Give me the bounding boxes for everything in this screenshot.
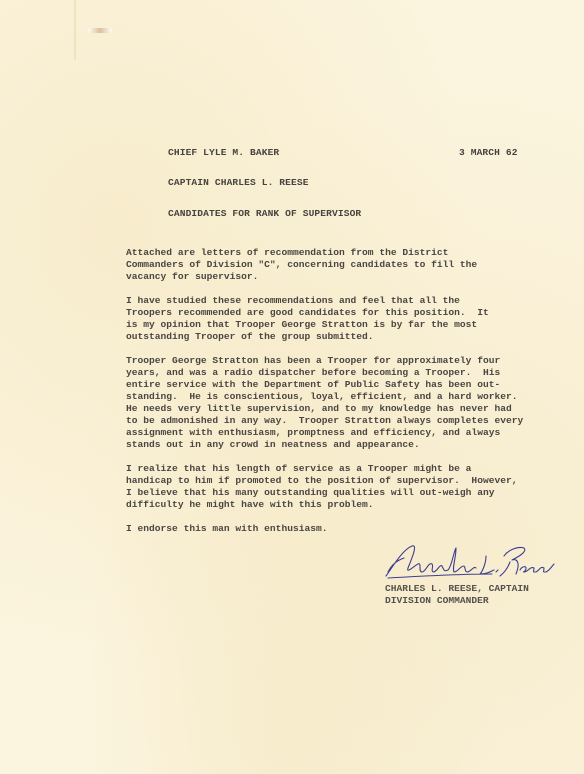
- text-line: I have studied these recommendations and…: [126, 295, 566, 307]
- handwritten-signature: [382, 538, 562, 584]
- memo-from: CAPTAIN CHARLES L. REESE: [168, 177, 309, 189]
- text-line: He needs very little supervision, and to…: [126, 403, 566, 415]
- text-line: to be admonished in any way. Trooper Str…: [126, 415, 566, 427]
- text-line: Commanders of Division "C", concerning c…: [126, 259, 566, 271]
- signer-title: DIVISION COMMANDER: [385, 595, 529, 607]
- text-line: standing. He is conscientious, loyal, ef…: [126, 391, 566, 403]
- text-line: difficulty he might have with this probl…: [126, 499, 566, 511]
- letter-body: Attached are letters of recommendation f…: [126, 247, 566, 547]
- text-line: stands out in any crowd in neatness and …: [126, 439, 566, 451]
- text-line: entire service with the Department of Pu…: [126, 379, 566, 391]
- letter-page: CHIEF LYLE M. BAKER 3 MARCH 62 CAPTAIN C…: [0, 0, 584, 774]
- text-line: is my opinion that Trooper George Stratt…: [126, 319, 566, 331]
- paragraph: Trooper George Stratton has been a Troop…: [126, 355, 566, 451]
- text-line: Trooper George Stratton has been a Troop…: [126, 355, 566, 367]
- text-line: I endorse this man with enthusiasm.: [126, 523, 566, 535]
- text-line: Troopers recommended are good candidates…: [126, 307, 566, 319]
- text-line: handicap to him if promoted to the posit…: [126, 475, 566, 487]
- text-line: years, and was a radio dispatcher before…: [126, 367, 566, 379]
- paragraph: I realize that his length of service as …: [126, 463, 566, 511]
- paragraph: I have studied these recommendations and…: [126, 295, 566, 343]
- paper-crease: [74, 0, 76, 60]
- paragraph: I endorse this man with enthusiasm.: [126, 523, 566, 535]
- text-line: I realize that his length of service as …: [126, 463, 566, 475]
- text-line: vacancy for supervisor.: [126, 271, 566, 283]
- text-line: outstanding Trooper of the group submitt…: [126, 331, 566, 343]
- paper-blemish: [88, 28, 112, 33]
- signature-block: CHARLES L. REESE, CAPTAIN DIVISION COMMA…: [385, 583, 529, 607]
- text-line: assignment with enthusiasm, promptness a…: [126, 427, 566, 439]
- memo-subject: CANDIDATES FOR RANK OF SUPERVISOR: [168, 208, 361, 220]
- text-line: Attached are letters of recommendation f…: [126, 247, 566, 259]
- memo-to: CHIEF LYLE M. BAKER: [168, 147, 279, 159]
- paragraph: Attached are letters of recommendation f…: [126, 247, 566, 283]
- signer-name: CHARLES L. REESE, CAPTAIN: [385, 583, 529, 595]
- memo-date: 3 MARCH 62: [459, 147, 518, 159]
- text-line: I believe that his many outstanding qual…: [126, 487, 566, 499]
